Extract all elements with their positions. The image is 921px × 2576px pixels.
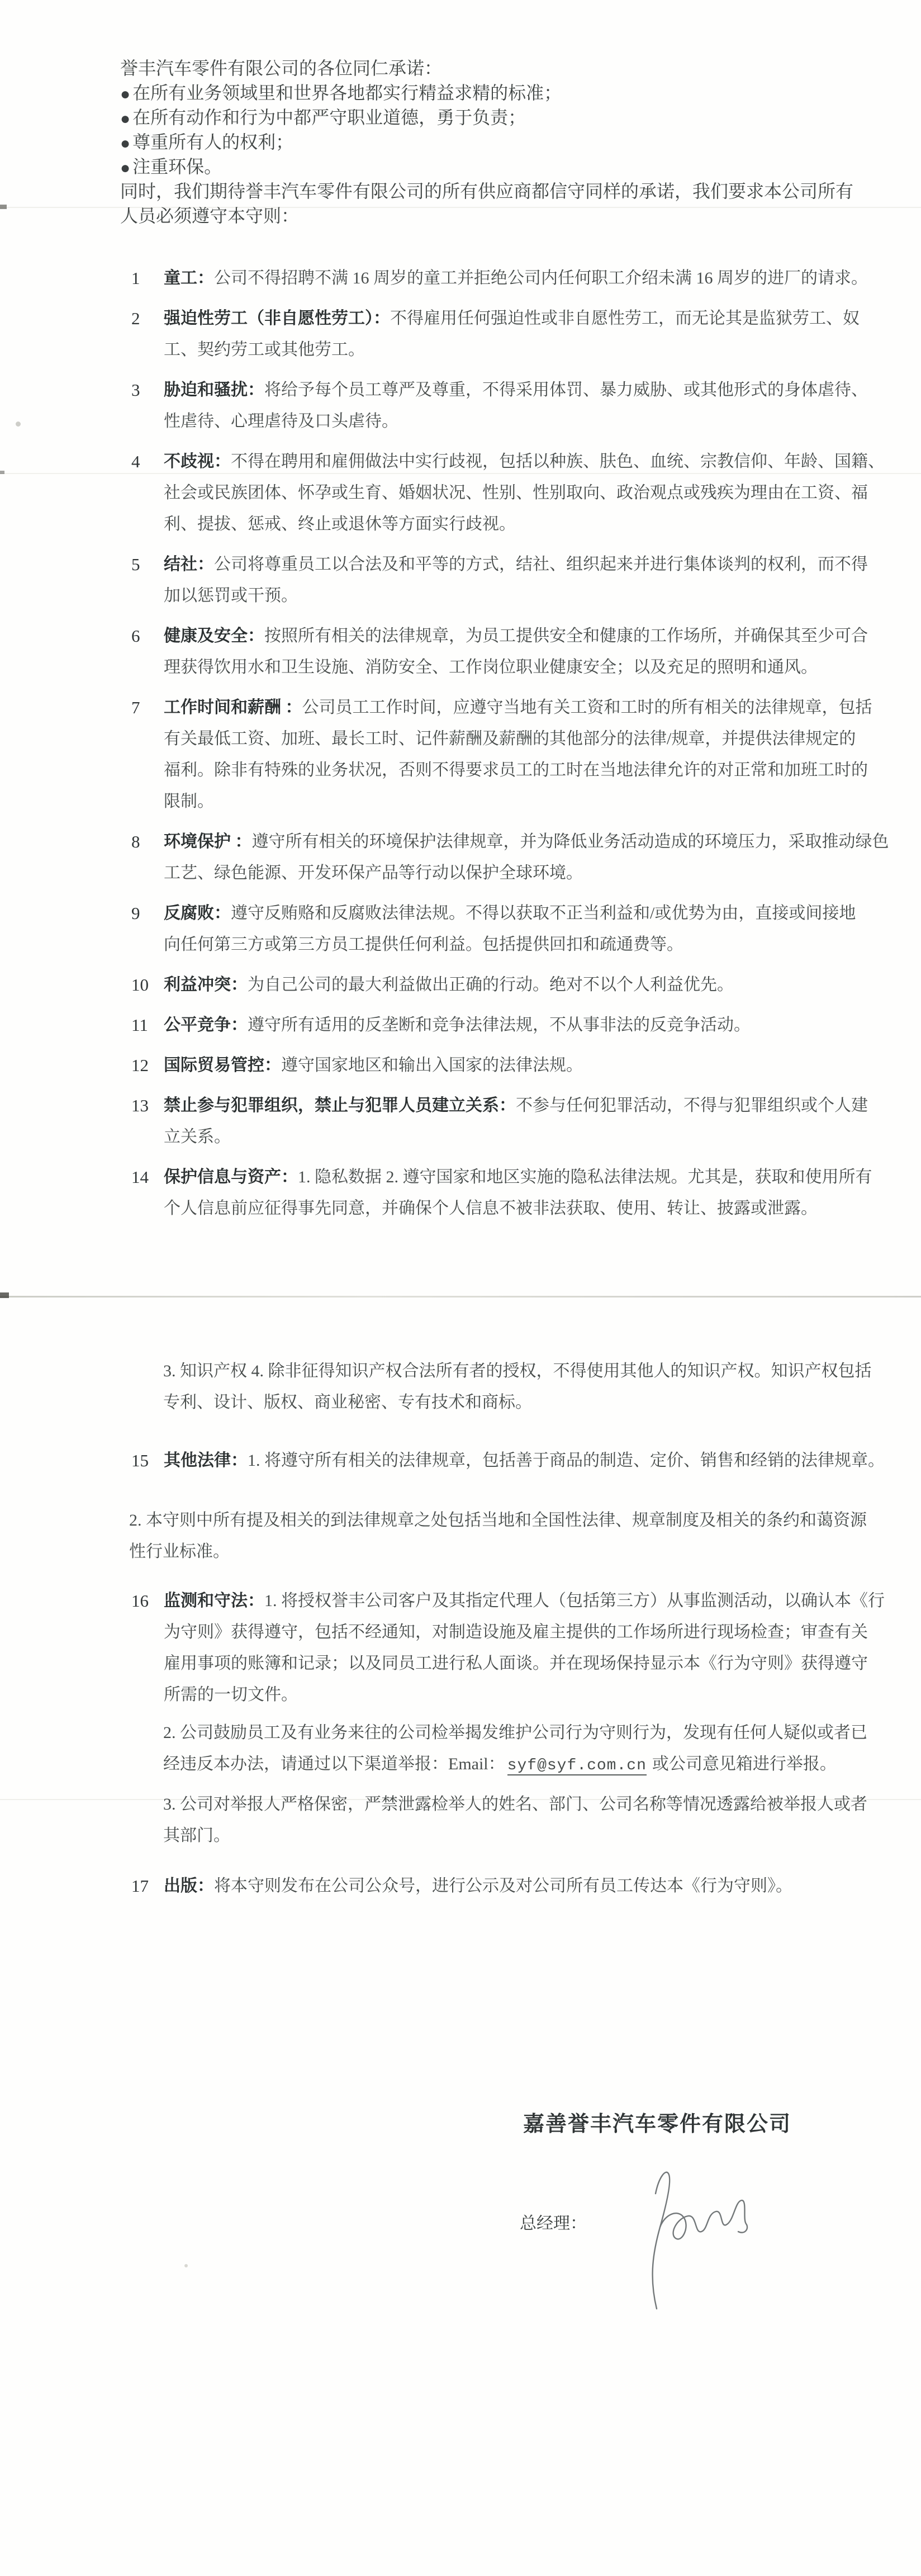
code-item-10: 10利益冲突：为自己公司的最大利益做出正确的行动。绝对不以个人利益优先。 <box>131 969 889 1001</box>
item-title: 国际贸易管控： <box>164 1056 281 1074</box>
commitment-bullet: ●在所有动作和行为中都严守职业道德，勇于负责； <box>120 105 853 130</box>
item-number: 5 <box>131 549 164 580</box>
item-text: 按照所有相关的法律规章，为员工提供安全和健康的工作场所，并确保其至少可合 <box>264 627 868 645</box>
item-first-line: 10利益冲突：为自己公司的最大利益做出正确的行动。绝对不以个人利益优先。 <box>131 969 889 1001</box>
item-title: 出版： <box>164 1877 214 1895</box>
item-title: 结社： <box>164 555 214 574</box>
item-number: 10 <box>131 969 164 1001</box>
item-number: 7 <box>131 692 164 723</box>
item-number: 3 <box>131 375 164 406</box>
item-title: 不歧视： <box>164 452 231 471</box>
item-first-line: 11公平竞争：遵守所有适用的反垄断和竞争法律法规，不从事非法的反竞争活动。 <box>131 1010 889 1041</box>
item-title: 监测和守法： <box>164 1592 264 1610</box>
code-items-list: 1童工：公司不得招聘不满 16 周岁的童工并拒绝公司内任何职工介绍未满 16 周… <box>131 263 889 1233</box>
item-first-line: 17出版：将本守则发布在公司公众号，进行公示及对公司所有员工传达本《行为守则》。 <box>131 1871 792 1902</box>
item-text: 遵守反贿赂和反腐败法律法规。不得以获取不正当利益和/或优势为由，直接或间接地 <box>231 904 856 922</box>
item-text: 1. 将遵守所有相关的法律规章，包括善于商品的制造、定价、销售和经销的法律规章。 <box>248 1451 885 1470</box>
item-title: 保护信息与资产： <box>164 1168 298 1186</box>
item-wrap-line: 所需的一切文件。 <box>131 1679 885 1711</box>
paragraph-line: 经违反本办法，请通过以下渠道举报：Email：syf@syf.com.cn或公司… <box>163 1749 867 1780</box>
item-wrap-line: 立关系。 <box>131 1121 889 1153</box>
item-title: 其他法律： <box>164 1451 248 1470</box>
item-number: 9 <box>131 898 164 929</box>
item-number: 11 <box>131 1010 164 1041</box>
item-wrap-line: 个人信息前应征得事先同意，并确保个人信息不被非法获取、使用、转让、披露或泄露。 <box>131 1193 889 1224</box>
scan-speck <box>16 422 21 427</box>
code-item-14: 14保护信息与资产：1. 隐私数据 2. 遵守国家和地区实施的隐私法律法规。尤其… <box>131 1162 889 1224</box>
item16-paragraph-3: 3. 公司对举报人严格保密，严禁泄露检举人的姓名、部门、公司名称等情况透露给被举… <box>163 1789 867 1851</box>
bullet-icon: ● <box>120 82 130 107</box>
item-text: 遵守所有相关的环境保护法律规章，并为降低业务活动造成的环境压力，采取推动绿色 <box>252 832 889 851</box>
bullet-text: 在所有动作和行为中都严守职业道德，勇于负责； <box>132 107 526 127</box>
item-title: 强迫性劳工（非自愿性劳工）： <box>164 309 390 328</box>
code-item-6: 6健康及安全：按照所有相关的法律规章，为员工提供安全和健康的工作场所，并确保其至… <box>131 621 889 683</box>
item-text: 公司将尊重员工以合法及和平等的方式，结社、组织起来并进行集体谈判的权利，而不得 <box>214 555 868 574</box>
bullet-text: 尊重所有人的权利； <box>132 132 293 152</box>
code-item-15: 15其他法律：1. 将遵守所有相关的法律规章，包括善于商品的制造、定价、销售和经… <box>131 1445 885 1476</box>
item-number: 2 <box>131 303 164 334</box>
item-wrap-line: 加以惩罚或干预。 <box>131 580 889 612</box>
code-item-17: 17出版：将本守则发布在公司公众号，进行公示及对公司所有员工传达本《行为守则》。 <box>131 1871 792 1902</box>
item-first-line: 15其他法律：1. 将遵守所有相关的法律规章，包括善于商品的制造、定价、销售和经… <box>131 1445 885 1476</box>
item-title: 反腐败： <box>164 904 231 922</box>
item-wrap-line: 有关最低工资、加班、最长工时、记件薪酬及薪酬的其他部分的法律/规章，并提供法律规… <box>131 723 889 755</box>
item-text: 不得雇用任何强迫性或非自愿性劳工，而无论其是监狱劳工、奴 <box>390 309 860 328</box>
code-item-16: 16监测和守法：1. 将授权誉丰公司客户及其指定代理人（包括第三方）从事监测活动… <box>131 1585 885 1711</box>
item-first-line: 7工作时间和薪酬 ：公司员工工作时间，应遵守当地有关工资和工时的所有相关的法律规… <box>131 692 889 723</box>
code-item-3: 3胁迫和骚扰：将给予每个员工尊严及尊重，不得采用体罚、暴力威胁、或其他形式的身体… <box>131 375 889 437</box>
intro-closing-line: 同时，我们期待誉丰汽车零件有限公司的所有供应商都信守同样的承诺，我们要求本公司所… <box>120 179 853 203</box>
item-text: 遵守国家地区和输出入国家的法律法规。 <box>281 1056 583 1074</box>
report-email-link[interactable]: syf@syf.com.cn <box>507 1757 647 1775</box>
intro-closing-line: 人员必须遵守本守则： <box>120 203 853 228</box>
item-wrap-line: 福利。除非有特殊的业务状况，否则不得要求员工的工时在当地法律允许的对正常和加班工… <box>131 755 889 786</box>
commitment-bullet: ●在所有业务领域里和世界各地都实行精益求精的标准； <box>120 80 853 105</box>
scanned-document: { "document": { "colors": { "page_backgr… <box>0 0 921 2576</box>
item-wrap-line: 性虐待、心理虐待及口头虐待。 <box>131 406 889 437</box>
signature-role-label: 总经理： <box>520 2209 587 2234</box>
item-text: 公司员工工作时间，应遵守当地有关工资和工时的所有相关的法律规章，包括 <box>302 698 872 717</box>
item-text: 将给予每个员工尊严及尊重，不得采用体罚、暴力威胁、或其他形式的身体虐待、 <box>264 381 868 399</box>
item-text: 为自己公司的最大利益做出正确的行动。绝对不以个人利益优先。 <box>248 976 734 994</box>
item-title: 公平竞争： <box>164 1016 248 1034</box>
code-item-12: 12国际贸易管控：遵守国家地区和输出入国家的法律法规。 <box>131 1050 889 1081</box>
item14-continuation: 3. 知识产权 4. 除非征得知识产权合法所有者的授权，不得使用其他人的知识产权… <box>163 1356 872 1418</box>
item-title: 禁止参与犯罪组织，禁止与犯罪人员建立关系： <box>164 1096 516 1115</box>
company-name: 嘉善誉丰汽车零件有限公司 <box>523 2106 791 2137</box>
item-first-line: 16监测和守法：1. 将授权誉丰公司客户及其指定代理人（包括第三方）从事监测活动… <box>131 1585 885 1617</box>
item-wrap-line: 理获得饮用水和卫生设施、消防安全、工作岗位职业健康安全；以及充足的照明和通风。 <box>131 652 889 683</box>
item-wrap-line: 工、契约劳工或其他劳工。 <box>131 334 889 366</box>
item-text: 1. 隐私数据 2. 遵守国家和地区实施的隐私法律法规。尤其是，获取和使用所有 <box>298 1168 872 1186</box>
item-first-line: 5结社：公司将尊重员工以合法及和平等的方式，结社、组织起来并进行集体谈判的权利，… <box>131 549 889 580</box>
paragraph-line: 3. 公司对举报人严格保密，严禁泄露检举人的姓名、部门、公司名称等情况透露给被举… <box>163 1789 867 1820</box>
code-item-2: 2强迫性劳工（非自愿性劳工）：不得雇用任何强迫性或非自愿性劳工，而无论其是监狱劳… <box>131 303 889 366</box>
item-first-line: 6健康及安全：按照所有相关的法律规章，为员工提供安全和健康的工作场所，并确保其至… <box>131 621 889 652</box>
item-title: 利益冲突： <box>164 976 248 994</box>
code-item-8: 8环境保护 ：遵守所有相关的环境保护法律规章，并为降低业务活动造成的环境压力，采… <box>131 826 889 889</box>
item-number: 6 <box>131 621 164 652</box>
item-wrap-line: 为守则》获得遵守，包括不经通知，对制造设施及雇主提供的工作场所进行现场检查；审查… <box>131 1617 885 1648</box>
paragraph-line: 3. 知识产权 4. 除非征得知识产权合法所有者的授权，不得使用其他人的知识产权… <box>163 1356 872 1387</box>
code-item-11: 11公平竞争：遵守所有适用的反垄断和竞争法律法规，不从事非法的反竞争活动。 <box>131 1010 889 1041</box>
code-item-5: 5结社：公司将尊重员工以合法及和平等的方式，结社、组织起来并进行集体谈判的权利，… <box>131 549 889 612</box>
code-item-1: 1童工：公司不得招聘不满 16 周岁的童工并拒绝公司内任何职工介绍未满 16 周… <box>131 263 889 294</box>
intro-block: 誉丰汽车零件有限公司的各位同仁承诺： ●在所有业务领域里和世界各地都实行精益求精… <box>120 56 853 228</box>
item-wrap-line: 雇用事项的账簿和记录；以及同员工进行私人面谈。并在现场保持显示本《行为守则》获得… <box>131 1648 885 1679</box>
item-wrap-line: 工艺、绿色能源、开发环保产品等行动以保护全球环境。 <box>131 858 889 889</box>
item-text: 将本守则发布在公司公众号，进行公示及对公司所有员工传达本《行为守则》。 <box>214 1877 792 1895</box>
item16-paragraph-2: 2. 公司鼓励员工及有业务来往的公司检举揭发维护公司行为守则行为，发现有任何人疑… <box>163 1717 867 1780</box>
item-first-line: 1童工：公司不得招聘不满 16 周岁的童工并拒绝公司内任何职工介绍未满 16 周… <box>131 263 889 294</box>
item-text: 1. 将授权誉丰公司客户及其指定代理人（包括第三方）从事监测活动，以确认本《行 <box>264 1592 885 1610</box>
item-wrap-line: 利、提拔、惩戒、终止或退休等方面实行歧视。 <box>131 509 889 540</box>
item-first-line: 2强迫性劳工（非自愿性劳工）：不得雇用任何强迫性或非自愿性劳工，而无论其是监狱劳… <box>131 303 889 334</box>
bullet-text: 在所有业务领域里和世界各地都实行精益求精的标准； <box>132 83 562 103</box>
paragraph-line: 性行业标准。 <box>129 1536 867 1568</box>
item-wrap-line: 限制。 <box>131 786 889 817</box>
item-text: 不得在聘用和雇佣做法中实行歧视，包括以种族、肤色、血统、宗教信仰、年龄、国籍、 <box>231 452 885 471</box>
item-wrap-line: 向任何第三方或第三方员工提供任何利益。包括提供回扣和疏通费等。 <box>131 929 889 960</box>
item-number: 12 <box>131 1050 164 1081</box>
commitment-bullet: ●尊重所有人的权利； <box>120 130 853 154</box>
item-first-line: 4不歧视：不得在聘用和雇佣做法中实行歧视，包括以种族、肤色、血统、宗教信仰、年龄… <box>131 446 889 477</box>
signature-handwriting <box>612 2165 752 2315</box>
item-number: 1 <box>131 263 164 294</box>
item-number: 15 <box>131 1445 164 1476</box>
item-first-line: 8环境保护 ：遵守所有相关的环境保护法律规章，并为降低业务活动造成的环境压力，采… <box>131 826 889 858</box>
item-title: 健康及安全： <box>164 627 264 645</box>
item-number: 4 <box>131 446 164 477</box>
report-channel-text: 或公司意见箱进行举报。 <box>652 1755 837 1773</box>
item-wrap-line: 社会或民族团体、怀孕或生育、婚姻状况、性别、性别取向、政治观点或残疾为理由在工资… <box>131 477 889 509</box>
item-first-line: 13禁止参与犯罪组织，禁止与犯罪人员建立关系：不参与任何犯罪活动，不得与犯罪组织… <box>131 1090 889 1121</box>
item-title: 童工： <box>164 269 214 287</box>
item-first-line: 14保护信息与资产：1. 隐私数据 2. 遵守国家和地区实施的隐私法律法规。尤其… <box>131 1162 889 1193</box>
code-item-7: 7工作时间和薪酬 ：公司员工工作时间，应遵守当地有关工资和工时的所有相关的法律规… <box>131 692 889 817</box>
item-number: 16 <box>131 1585 164 1617</box>
item-title: 环境保护 ： <box>164 832 252 851</box>
report-channel-text: 经违反本办法，请通过以下渠道举报：Email： <box>163 1755 505 1773</box>
bullet-icon: ● <box>120 131 130 156</box>
item-number: 13 <box>131 1090 164 1121</box>
item-first-line: 3胁迫和骚扰：将给予每个员工尊严及尊重，不得采用体罚、暴力威胁、或其他形式的身体… <box>131 375 889 406</box>
item-text: 不参与任何犯罪活动，不得与犯罪组织或个人建 <box>516 1096 868 1115</box>
scan-edge-mark <box>0 471 4 474</box>
bullet-icon: ● <box>120 156 130 181</box>
paragraph-line: 2. 公司鼓励员工及有业务来往的公司检举揭发维护公司行为守则行为，发现有任何人疑… <box>163 1717 867 1749</box>
item-text: 公司不得招聘不满 16 周岁的童工并拒绝公司内任何职工介绍未满 16 周岁的进厂… <box>214 269 868 287</box>
item-number: 8 <box>131 826 164 858</box>
code-item-4: 4不歧视：不得在聘用和雇佣做法中实行歧视，包括以种族、肤色、血统、宗教信仰、年龄… <box>131 446 889 540</box>
item-title: 工作时间和薪酬 ： <box>164 698 302 717</box>
item-number: 17 <box>131 1871 164 1902</box>
scan-speck <box>184 2264 188 2267</box>
code-item-9: 9反腐败：遵守反贿赂和反腐败法律法规。不得以获取不正当利益和/或优势为由，直接或… <box>131 898 889 960</box>
code-item-13: 13禁止参与犯罪组织，禁止与犯罪人员建立关系：不参与任何犯罪活动，不得与犯罪组织… <box>131 1090 889 1153</box>
commitment-bullet: ●注重环保。 <box>120 154 853 179</box>
item15-paragraph-2: 2. 本守则中所有提及相关的到法律规章之处包括当地和全国性法律、规章制度及相关的… <box>129 1505 867 1568</box>
bullet-icon: ● <box>120 107 130 131</box>
item-first-line: 12国际贸易管控：遵守国家地区和输出入国家的法律法规。 <box>131 1050 889 1081</box>
paragraph-line: 专利、设计、版权、商业秘密、专有技术和商标。 <box>163 1387 872 1418</box>
item-text: 遵守所有适用的反垄断和竞争法律法规，不从事非法的反竞争活动。 <box>248 1016 751 1034</box>
paragraph-line: 2. 本守则中所有提及相关的到法律规章之处包括当地和全国性法律、规章制度及相关的… <box>129 1505 867 1536</box>
intro-heading: 誉丰汽车零件有限公司的各位同仁承诺： <box>120 56 853 80</box>
item-title: 胁迫和骚扰： <box>164 381 264 399</box>
page-join-line <box>0 1296 921 1298</box>
item-first-line: 9反腐败：遵守反贿赂和反腐败法律法规。不得以获取不正当利益和/或优势为由，直接或… <box>131 898 889 929</box>
scan-edge-mark <box>0 1292 9 1298</box>
scan-edge-mark <box>0 205 7 209</box>
item-number: 14 <box>131 1162 164 1193</box>
paragraph-line: 其部门。 <box>163 1820 867 1851</box>
bullet-text: 注重环保。 <box>132 157 222 177</box>
